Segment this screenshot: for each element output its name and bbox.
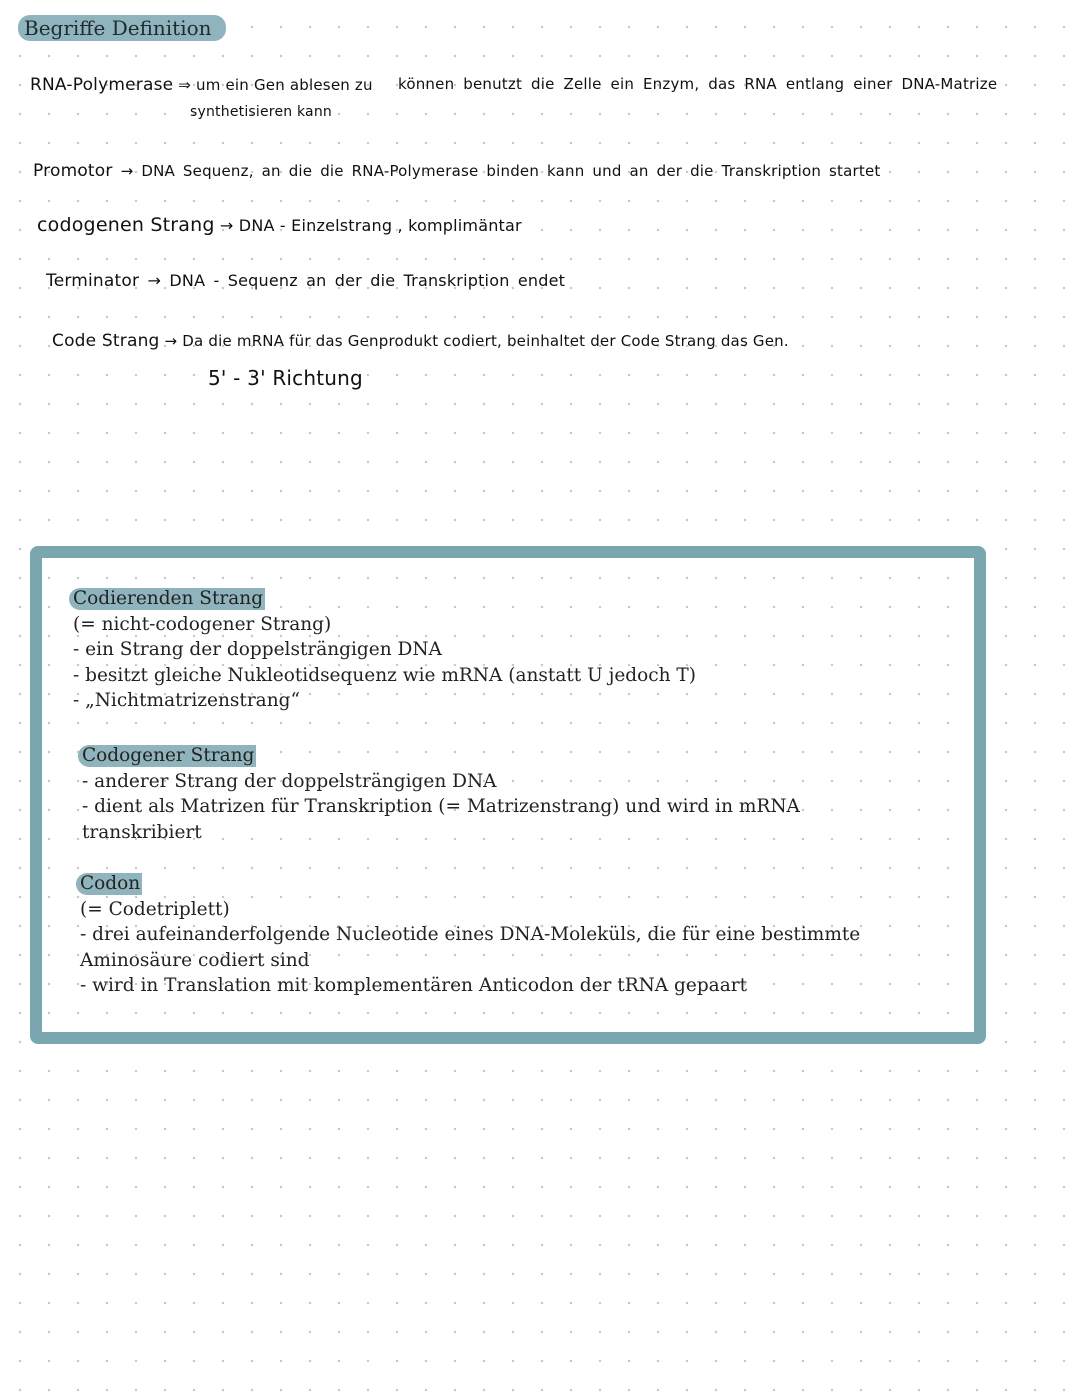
section-line: - drei aufeinanderfolgende Nucleotide ei… [80, 922, 860, 948]
definition-text: Da die mRNA für das Genprodukt codiert, … [182, 332, 789, 350]
term-label: Code Strang [52, 331, 160, 351]
note-code-strang: Code Strang → Da die mRNA für das Genpro… [52, 331, 789, 351]
section-heading: Codon [76, 873, 142, 895]
arrow-icon: ⇒ [178, 76, 191, 94]
note-codogenen-strang: codogenen Strang → DNA - Einzelstrang , … [37, 214, 522, 236]
definition-text: können benutzt die Zelle ein Enzym, das … [398, 75, 997, 93]
definition-text: synthetisieren kann [190, 104, 332, 120]
term-label: Terminator [46, 271, 139, 291]
note-code-strang-direction: 5' - 3' Richtung [208, 366, 363, 390]
arrow-icon: → [121, 162, 134, 180]
arrow-icon: → [165, 332, 178, 350]
page-title: Begriffe Definition [18, 15, 226, 41]
note-rna-polymerase-cont: können benutzt die Zelle ein Enzym, das … [398, 75, 997, 93]
section-codogener-strang: Codogener Strang - anderer Strang der do… [82, 743, 800, 845]
section-line: (= Codetriplett) [80, 897, 860, 923]
note-promotor: Promotor → DNA Sequenz, an die die RNA-P… [33, 161, 881, 181]
term-label: codogenen Strang [37, 214, 215, 236]
section-line: - wird in Translation mit komplementären… [80, 973, 860, 999]
definition-text: um ein Gen ablesen zu [196, 76, 373, 94]
page-title-text: Begriffe Definition [18, 15, 226, 41]
definition-text: DNA - Sequenz an der die Transkription e… [169, 271, 565, 290]
section-line: - dient als Matrizen für Transkription (… [82, 794, 800, 820]
arrow-icon: → [220, 216, 234, 235]
note-rna-polymerase: RNA-Polymerase ⇒ um ein Gen ablesen zu [30, 75, 373, 95]
section-line: - besitzt gleiche Nukleotidsequenz wie m… [73, 663, 696, 689]
section-line: transkribiert [82, 820, 800, 846]
term-label: RNA-Polymerase [30, 75, 173, 95]
section-line: - anderer Strang der doppelsträngigen DN… [82, 769, 800, 795]
section-codon: Codon (= Codetriplett) - drei aufeinande… [80, 871, 860, 999]
section-line: - ein Strang der doppelsträngigen DNA [73, 637, 696, 663]
definition-text: DNA - Einzelstrang , komplimäntar [239, 216, 522, 235]
arrow-icon: → [147, 271, 161, 290]
definition-text: DNA Sequenz, an die die RNA-Polymerase b… [141, 162, 880, 180]
definition-text: 5' - 3' Richtung [208, 366, 363, 390]
section-codierenden-strang: Codierenden Strang (= nicht-codogener St… [73, 586, 696, 714]
section-heading: Codierenden Strang [69, 588, 265, 610]
term-label: Promotor [33, 161, 113, 181]
note-terminator: Terminator → DNA - Sequenz an der die Tr… [46, 271, 565, 291]
section-heading: Codogener Strang [78, 745, 256, 767]
section-line: Aminosäure codiert sind [80, 948, 860, 974]
section-line: (= nicht-codogener Strang) [73, 612, 696, 638]
note-rna-polymerase-line2: synthetisieren kann [190, 104, 332, 120]
section-line: - „Nichtmatrizenstrang“ [73, 688, 696, 714]
